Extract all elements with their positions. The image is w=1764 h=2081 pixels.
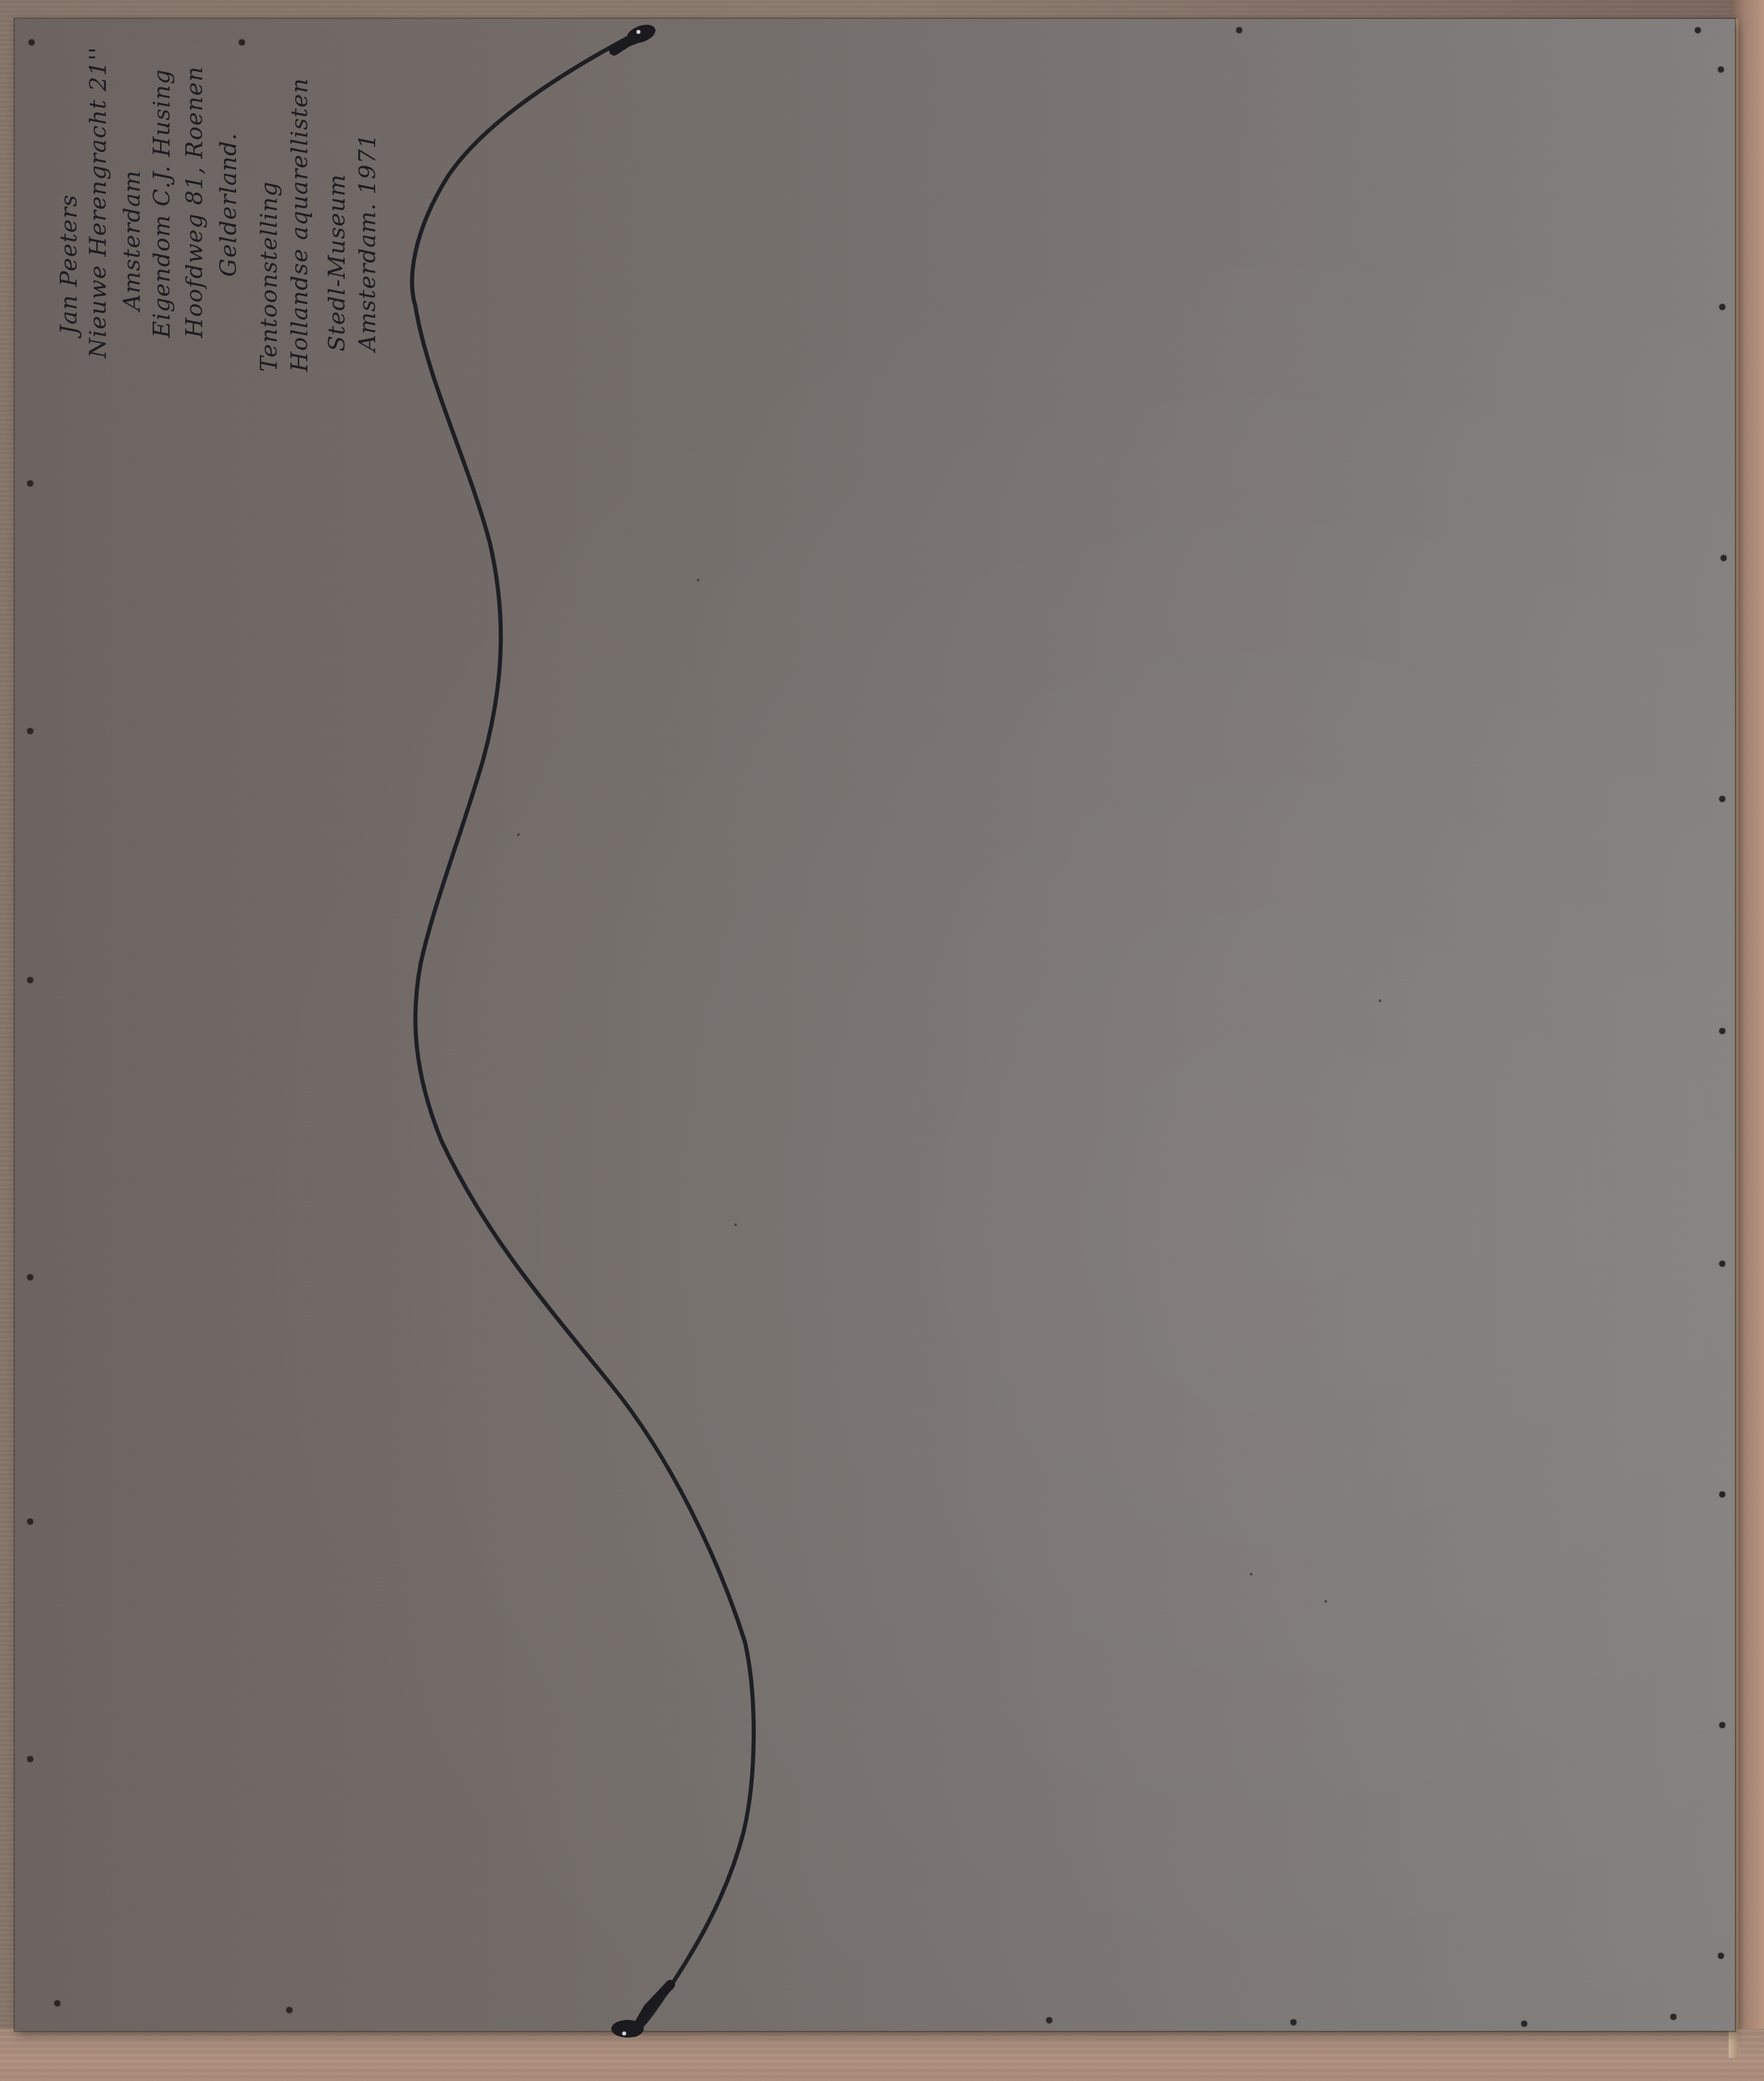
bottom-hook-icon (611, 1985, 670, 2038)
top-hook-icon (614, 21, 658, 51)
wire-path (412, 33, 753, 2034)
hanging-wire (0, 0, 1764, 2081)
